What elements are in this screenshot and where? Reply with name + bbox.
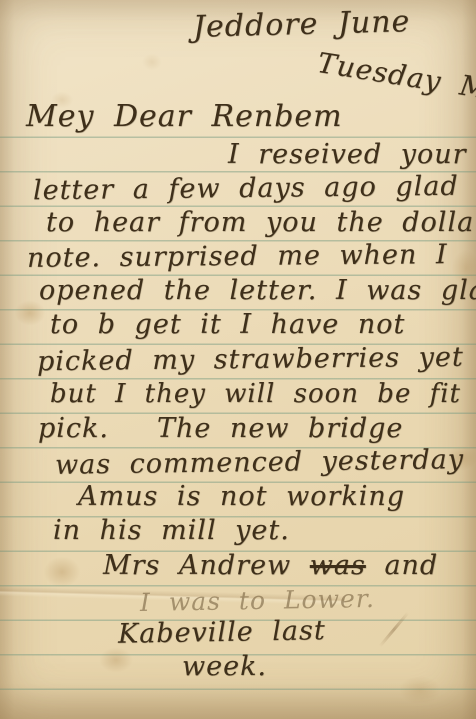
letter-line: pick.The new bridge [38, 414, 403, 444]
letter-line: letter a few days ago glad [33, 172, 459, 206]
letter-line-part: pick. [38, 413, 109, 444]
dateline-place: Jeddore June [193, 5, 411, 44]
diagonal-crease [379, 612, 410, 648]
letter-line: but I they will soon be fit to [50, 380, 476, 409]
letter-line-part: and [384, 550, 438, 581]
struck-word: was [310, 550, 366, 581]
letter-line-faded: I was to Lower. [140, 585, 375, 617]
letter-line: week. [182, 652, 267, 682]
letter-line: to b get it I have not [50, 310, 405, 340]
letter-line: to hear from you the dollar [46, 208, 476, 238]
letter-line: picked my strawberries yet [37, 343, 464, 377]
letter-page: Jeddore June Tuesday Morni Mey Dear Renb… [0, 0, 476, 719]
letter-line: I reseived your [228, 140, 467, 170]
letter-line: in his mill yet. [53, 516, 290, 546]
letter-line: Kabeville last [118, 616, 326, 649]
letter-line: Mrs Andrew was and [103, 551, 438, 581]
letter-line: opened the letter. I was glad [39, 276, 476, 306]
letter-line: was commenced yesterday [55, 445, 464, 480]
letter-line-part: The new bridge [157, 413, 403, 444]
letter-line: note. surprised me when I [27, 240, 448, 273]
letter-line: Amus is not working [78, 482, 405, 512]
salutation: Mey Dear Renbem [26, 100, 343, 133]
letter-line-part: Mrs Andrew [103, 550, 291, 581]
